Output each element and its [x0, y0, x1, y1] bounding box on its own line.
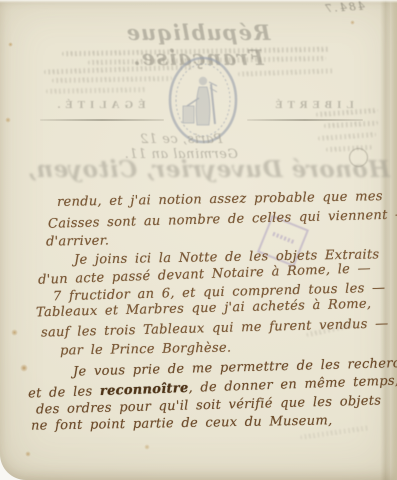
foxing-spot [144, 444, 150, 450]
handwritten-line: d'arriver. [46, 233, 109, 249]
paper-right-edge [391, 0, 397, 480]
handwritten-line: rendu, et j'ai notion assez probable que… [57, 189, 383, 210]
archival-mark: 484.7 [296, 0, 393, 17]
bleedthrough-script-line [318, 132, 376, 141]
foxing-spot [8, 42, 13, 47]
scanned-letter-page: 484.7 République Française. ÉGALITÉ. LIB… [0, 0, 397, 480]
foxing-spot [20, 364, 28, 372]
handwritten-line: Caisses sont au nombre de celles qui vie… [48, 207, 397, 231]
letterhead-rule-left [40, 119, 164, 121]
bleedthrough-script-line [324, 121, 378, 129]
foxing-spot [11, 329, 18, 336]
bleedthrough-motto-egalite: ÉGALITÉ. [34, 99, 164, 111]
foxing-spot [25, 451, 31, 457]
collection-stamp-detail [272, 232, 296, 245]
foxing-spot [350, 20, 355, 25]
bleedthrough-script-line [52, 76, 172, 83]
foxing-spot [5, 117, 11, 123]
handwritten-segment: et de les [28, 384, 100, 401]
bleedthrough-salutation: Honoré Duveyrier, Citoyen, [42, 156, 390, 183]
handwritten-line: sauf les trois Tableaux qui me furent ve… [41, 316, 389, 340]
vertical-fold-line [380, 0, 390, 480]
handwritten-segment: , de donner en même temps, [188, 374, 397, 396]
handwritten-line: par le Prince Borghèse. [60, 341, 232, 359]
handwritten-corrected-word: reconnoître [100, 381, 189, 399]
letterhead-rule-right [247, 119, 363, 121]
bleedthrough-script-line [46, 87, 146, 94]
